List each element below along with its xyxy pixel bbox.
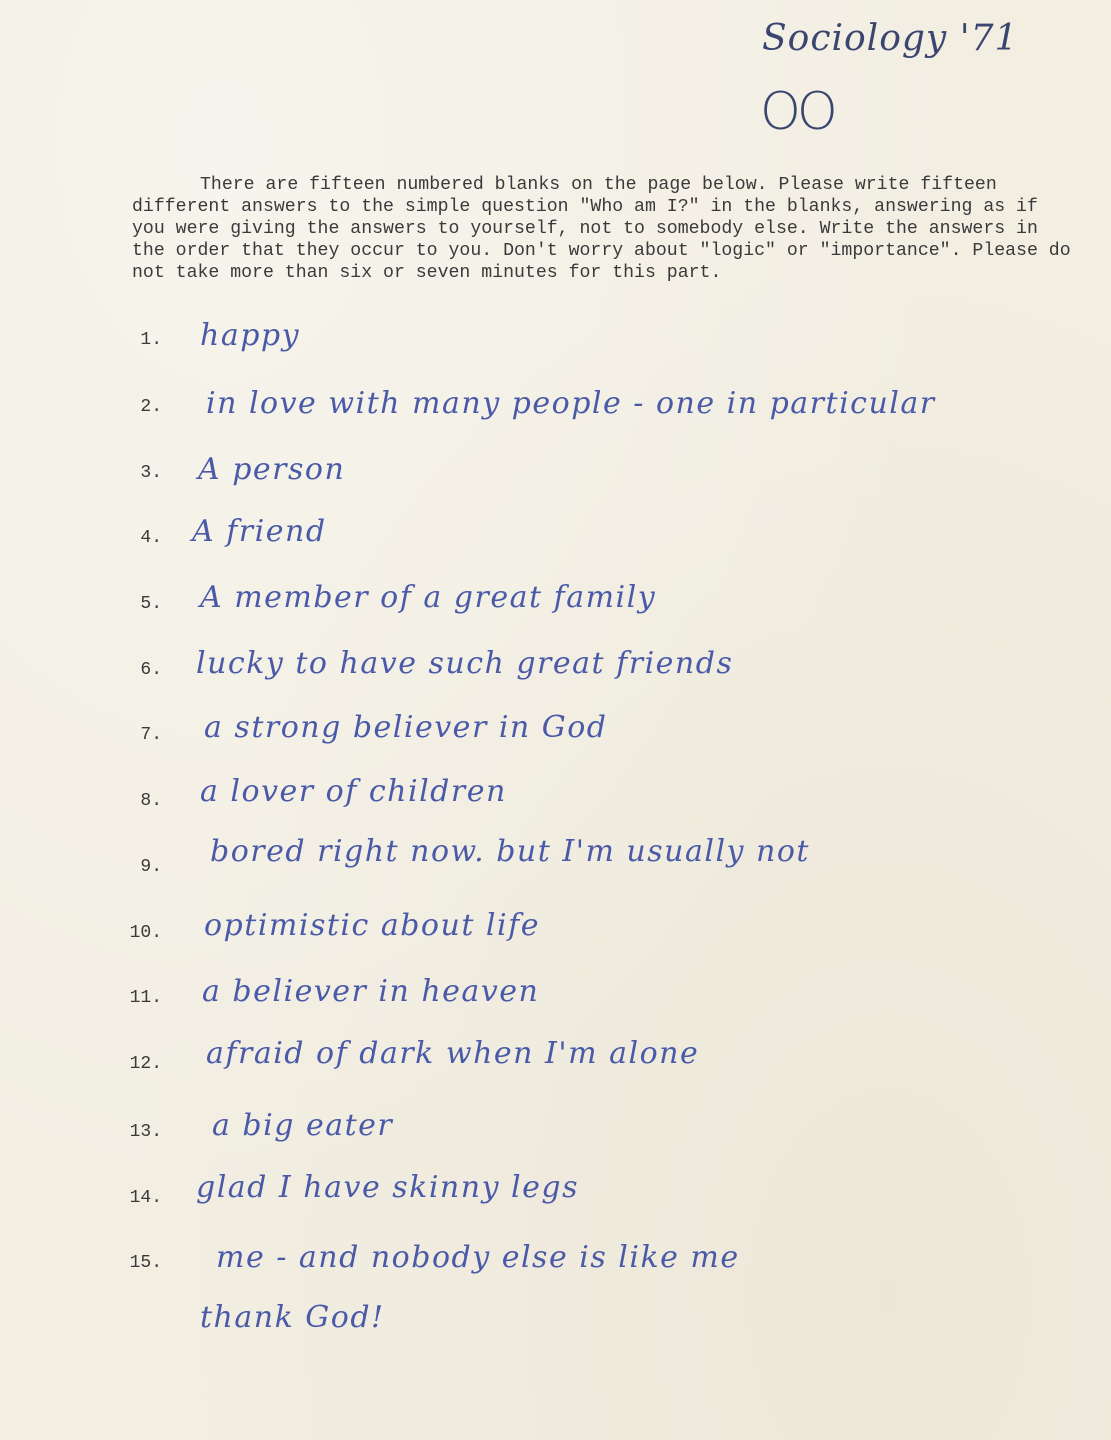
answer-text: a big eater: [212, 1108, 393, 1143]
answer-text: me - and nobody else is like me: [216, 1240, 740, 1275]
course-annotation: Sociology '71: [762, 18, 1018, 59]
code-annotation: OO: [760, 82, 834, 142]
answer-number: 13.: [122, 1122, 162, 1142]
answer-number: 2.: [122, 397, 162, 417]
answer-number: 15.: [122, 1253, 162, 1273]
answer-text: optimistic about life: [204, 908, 540, 943]
answer-number: 9.: [122, 857, 162, 877]
answer-number: 5.: [122, 594, 162, 614]
answer-text: a strong believer in God: [204, 710, 608, 745]
instructions-paragraph: There are fifteen numbered blanks on the…: [132, 174, 1072, 284]
answer-number: 4.: [122, 528, 162, 548]
answer-number: 10.: [122, 923, 162, 943]
answer-number: 7.: [122, 725, 162, 745]
answer-number: 3.: [122, 463, 162, 483]
answer-text: glad I have skinny legs: [196, 1170, 579, 1205]
answer-number: 12.: [122, 1054, 162, 1074]
answer-text: lucky to have such great friends: [196, 646, 733, 681]
answer-text: A person: [198, 452, 345, 487]
answer-number: 8.: [122, 791, 162, 811]
answer-number: 1.: [122, 330, 162, 350]
answer-text: happy: [200, 318, 300, 353]
answer-text: in love with many people - one in partic…: [206, 386, 936, 421]
questionnaire-page: Sociology '71 OO There are fifteen numbe…: [0, 0, 1111, 1440]
answer-text: a lover of children: [200, 774, 507, 809]
answer-number: 14.: [122, 1188, 162, 1208]
answer-text: bored right now. but I'm usually not: [210, 834, 810, 869]
answer-text: afraid of dark when I'm alone: [206, 1036, 699, 1071]
answer-number: 6.: [122, 660, 162, 680]
answer-continuation-text: thank God!: [200, 1300, 385, 1335]
answer-text: A member of a great family: [200, 580, 656, 615]
answer-number: 11.: [122, 988, 162, 1008]
answer-text: A friend: [192, 514, 327, 549]
answer-text: a believer in heaven: [202, 974, 539, 1009]
